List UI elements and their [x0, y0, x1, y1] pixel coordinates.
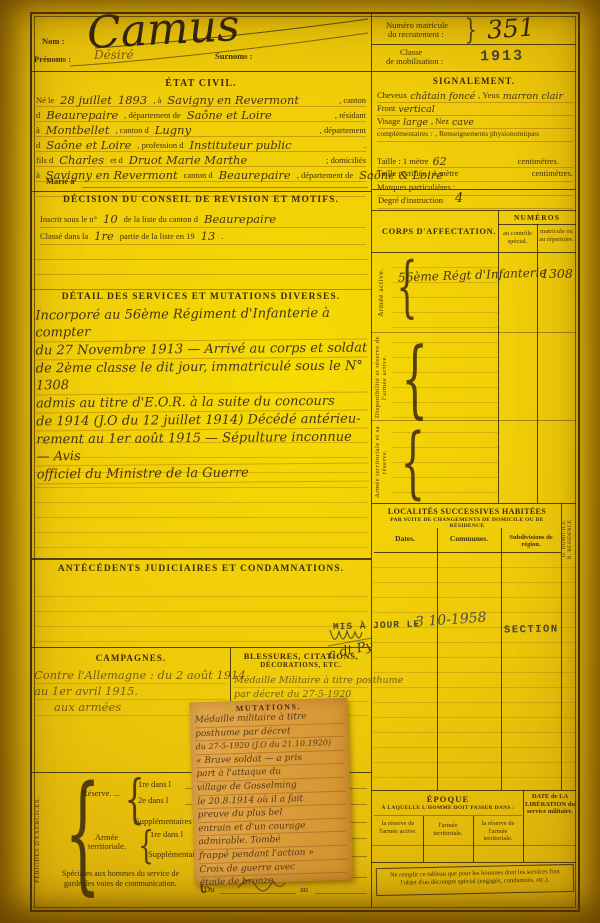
campagnes-title: CAMPAGNES.	[32, 653, 230, 663]
handwritten-entry: 10	[103, 212, 118, 226]
epoque-col4-label: DATE de LA LIBÉRATION du service militai…	[525, 793, 575, 816]
etat-civil-line: d Saône et Loire , profession d Institut…	[36, 137, 366, 152]
header-identity: Nom : Camus Prénoms : Désiré Surnoms :	[32, 14, 370, 71]
numeros-underline	[498, 224, 576, 225]
epoque-col3-label: la réserve de l'armée territoriale.	[474, 820, 522, 843]
handwritten-entry: Montbellet	[46, 123, 110, 137]
instruction-label: Degré d'instruction	[378, 195, 443, 205]
printed-text: fils d	[36, 155, 53, 165]
services-title: DÉTAIL DES SERVICES ET MUTATIONS DIVERSE…	[32, 292, 370, 302]
cheveux-label: Cheveux	[377, 90, 407, 100]
localites-side-label-2: R. RÉSIDENCE.	[568, 508, 573, 568]
corps-row1-label: Armée active.	[376, 262, 385, 324]
territoriale-brace: {	[138, 826, 154, 864]
corps-col-divider	[498, 210, 499, 503]
signalement-blank-line	[377, 142, 573, 154]
corps-row3-brace: {	[400, 424, 425, 502]
printed-text: Né le	[36, 95, 54, 105]
handwritten-entry: 1893	[118, 93, 147, 107]
localites-side-label-1: D. DOMICILE.	[562, 508, 567, 568]
corps-row1-brace: {	[397, 254, 418, 320]
handwritten-entry: Saône et Loire	[187, 108, 272, 122]
signalement-line: Cheveux châtain foncé , Yeux marron clai…	[377, 90, 573, 103]
corps-row2-brace: {	[401, 336, 428, 420]
printed-text: ; domiciliés	[326, 155, 366, 165]
etat-civil-line: Né le 28 juillet 1893 , à Savigny en Rev…	[36, 92, 366, 107]
periodes-vertical-label: PÉRIODES D'EXERCICES.	[34, 790, 41, 890]
corps-title: CORPS D'AFFECTATION.	[380, 226, 498, 236]
signalement-line: Visage large , Nez cave	[377, 116, 573, 129]
handwritten-entry: Instituteur public	[189, 138, 291, 152]
printed-text: , résidant	[335, 110, 366, 120]
handwritten-entry: Beaurepaire	[204, 212, 276, 226]
prenoms-label: Prénoms :	[34, 54, 71, 64]
handwritten-entry: Beaurepaire	[46, 108, 118, 122]
corps-row2-label: Disponibilité et réserve de l'armée acti…	[374, 336, 388, 418]
epoque-bottom-divider	[372, 862, 576, 863]
printed-text: d	[36, 110, 40, 120]
etat-civil-line: à Montbellet , canton d Lugny , départem…	[36, 122, 366, 137]
etat-civil-title: ÉTAT CIVIL.	[32, 78, 370, 89]
campagnes-handwritten-line: au 1er avril 1915.	[34, 684, 226, 700]
header-matricule-box: Numéro matricule du recrutement : } 351 …	[372, 14, 576, 71]
epoque-note-box: Ne remplir ce tableau que pour les homme…	[376, 864, 575, 896]
signalement-line: complémentaires : , Renseignements physi…	[377, 129, 573, 142]
signalement-section: Cheveux châtain foncé , Yeux marron clai…	[377, 90, 573, 209]
antecedents-title: ANTÉCÉDENTS JUDICIAIRES ET CONDAMNATIONS…	[32, 564, 370, 574]
services-handwritten-line: Incorporé au 56ème Régiment d'Infanterie…	[35, 305, 367, 343]
epoque-col1-label: la réserve de l'armée active.	[374, 820, 422, 835]
epoque-header-1: ÉPOQUE	[374, 794, 522, 804]
blank-line	[220, 893, 296, 894]
signalement-line: Marques particulières :	[377, 182, 573, 196]
signalement-line: Taille rectifiée : 1 mètre centimètres.	[377, 168, 573, 182]
localites-col-divider	[501, 528, 502, 790]
printed-text: , canton	[339, 95, 366, 105]
localites-bottom-divider	[372, 790, 576, 791]
nom-label: Nom :	[42, 36, 64, 46]
epoque-note: Ne remplir ce tableau que pour les homme…	[377, 865, 573, 890]
signalement-line: Front vertical	[377, 103, 573, 116]
taille-label: Taille : 1 mètre	[377, 156, 429, 166]
corps-col-matricule-label: matricule ou au répertoire.	[538, 228, 575, 243]
handwritten-entry: Savigny en Revermont	[167, 93, 299, 107]
services-handwritten-line: officiel du Ministre de la Guerre	[37, 464, 369, 485]
section-divider	[32, 558, 371, 560]
handwritten-entry: Lugny	[155, 123, 191, 137]
etat-civil-section: Né le 28 juillet 1893 , à Savigny en Rev…	[36, 92, 366, 197]
printed-text: à	[36, 170, 40, 180]
blank-line	[315, 893, 367, 894]
printed-text: et d	[110, 155, 123, 165]
printed-text: partie de la liste en 19	[120, 231, 195, 241]
epoque-col-divider	[523, 790, 524, 862]
printed-text: , canton d	[115, 125, 148, 135]
etat-civil-line: d Beaurepaire , département de Saône et …	[36, 107, 366, 122]
decision-title: DÉCISION DU CONSEIL DE REVISION ET MOTIF…	[32, 195, 370, 205]
nez-label: , Nez	[431, 116, 449, 126]
campagnes-handwritten-line: Contre l'Allemagne : du 2 août 1914	[34, 668, 226, 684]
decision-section: Inscrit sous le n° 10 de la liste du can…	[40, 211, 366, 245]
blessures-handwritten-line: Médaille Militaire à titre posthume	[234, 674, 368, 688]
classe-stamp: 1913	[480, 48, 524, 66]
yeux-label: , Yeux	[478, 90, 500, 100]
front-value: vertical	[398, 104, 434, 115]
printed-text: , à	[153, 95, 161, 105]
services-handwritten-line: rement au 1er août 1915 — Sépulture inco…	[36, 429, 368, 467]
marques-label: Marques particulières :	[377, 182, 455, 192]
section-divider	[32, 647, 371, 648]
epoque-row-divider	[372, 845, 576, 846]
epoque-header-2: À LAQUELLE L'HOMME DOIT PASSER DANS :	[374, 805, 522, 811]
signalement-line: Taille : 1 mètre 62 centimètres.	[377, 154, 573, 168]
corps-col-controle-label: au contrôle spécial.	[499, 230, 536, 245]
handwritten-entry: 28 juillet	[60, 93, 112, 107]
handwritten-entry: 1re	[94, 229, 114, 243]
instruction-value-handwritten: 4	[455, 191, 463, 206]
handwritten-entry: 13	[201, 229, 216, 243]
corps-row1-numero-handwritten: 1308	[541, 266, 573, 281]
localites-col-communes: Communes.	[438, 534, 500, 543]
printed-text: .	[221, 231, 223, 241]
handwritten-entry: Druot Marie Marthe	[129, 153, 248, 167]
mutations-pasted-slip: MUTATIONS. Médaille militaire à titre po…	[189, 698, 353, 885]
services-handwritten-line: de 2ème classe le dit jour, immatriculé …	[36, 358, 368, 396]
marie-label: Marié à	[46, 176, 75, 186]
printed-text: Inscrit sous le n°	[40, 214, 97, 224]
corps-numeros-header: NUMÉROS	[498, 213, 576, 222]
classe-label-2: de mobilisation :	[386, 56, 443, 66]
printed-text: .	[364, 140, 366, 150]
localites-subtitle: PAR SUITE DE CHANGEMENTS DE DOMICILE OU …	[374, 517, 560, 529]
matricule-brace: }	[465, 16, 477, 44]
section-divider	[372, 210, 576, 211]
section-divider	[32, 289, 371, 290]
printed-text: canton d	[184, 170, 213, 180]
column-divider	[371, 14, 372, 908]
signalement-title: SIGNALEMENT.	[372, 76, 576, 86]
localites-col-divider	[437, 528, 438, 790]
handwritten-entry: Beaurepaire	[219, 168, 291, 182]
surnoms-label: Surnoms :	[215, 51, 253, 61]
front-label: Front	[377, 103, 395, 113]
cm-label: centimètres.	[518, 156, 559, 166]
military-record-sheet: Nom : Camus Prénoms : Désiré Surnoms : N…	[0, 0, 600, 923]
cheveux-value: châtain foncé	[410, 91, 475, 102]
printed-text: d	[36, 140, 40, 150]
etat-civil-line: fils d Charles et d Druot Marie Marthe ;…	[36, 152, 366, 167]
printed-text: de la liste du canton d	[124, 214, 198, 224]
blessures-title-2: DÉCORATIONS, ETC.	[232, 661, 370, 669]
handwritten-entry: Charles	[59, 153, 104, 167]
periodes-main-brace: {	[64, 770, 101, 898]
yeux-value: marron clair	[503, 91, 563, 102]
matricule-handwritten: 351	[486, 12, 536, 44]
printed-text: , département de	[297, 170, 353, 180]
prenoms-handwritten: Désiré	[94, 48, 134, 62]
printed-text: à	[36, 125, 40, 135]
printed-text: , profession d	[137, 140, 183, 150]
etat-civil-line: à Savigny en Revermont canton d Beaurepa…	[36, 167, 366, 182]
localites-col-dates: Dates.	[374, 534, 436, 543]
services-section: Incorporé au 56ème Régiment d'Infanterie…	[35, 305, 369, 485]
localites-title: LOCALITÉS SUCCESSIVES HABITÉES	[374, 507, 560, 516]
printed-text: , département	[320, 125, 366, 135]
reserve-brace: {	[125, 774, 145, 826]
header-divider	[32, 71, 576, 72]
handwritten-entry: Saône et Loire	[46, 138, 131, 152]
matricule-label-2: du recrutement :	[388, 29, 444, 39]
epoque-col2-label: l'armée territoriale.	[424, 822, 472, 837]
visage-value: large	[403, 117, 428, 128]
taille-rectifiee-label: Taille rectifiée : 1 mètre	[377, 168, 459, 178]
visage-label: Visage	[377, 116, 400, 126]
localites-col-subdivisions: Subdivisions de région.	[502, 534, 560, 548]
complementaires-label: complémentaires :	[377, 129, 432, 138]
cm2-label: centimètres.	[532, 168, 573, 178]
decision-line: Classé dans la 1re partie de la liste en…	[40, 228, 366, 245]
taille-value: 62	[433, 155, 447, 168]
nez-value: cave	[452, 117, 474, 128]
printed-text: , département de	[124, 110, 180, 120]
printed-text: Classé dans la	[40, 231, 88, 241]
renseignements-label: , Renseignements physionomiques	[435, 129, 539, 138]
corps-row3-label: Armée territoriale et sa réserve.	[374, 424, 388, 500]
section-stamp: SECTION	[504, 624, 559, 637]
localites-header-underline	[374, 552, 561, 553]
epoque-header-underline	[374, 815, 522, 816]
decision-line: Inscrit sous le n° 10 de la liste du can…	[40, 211, 366, 228]
